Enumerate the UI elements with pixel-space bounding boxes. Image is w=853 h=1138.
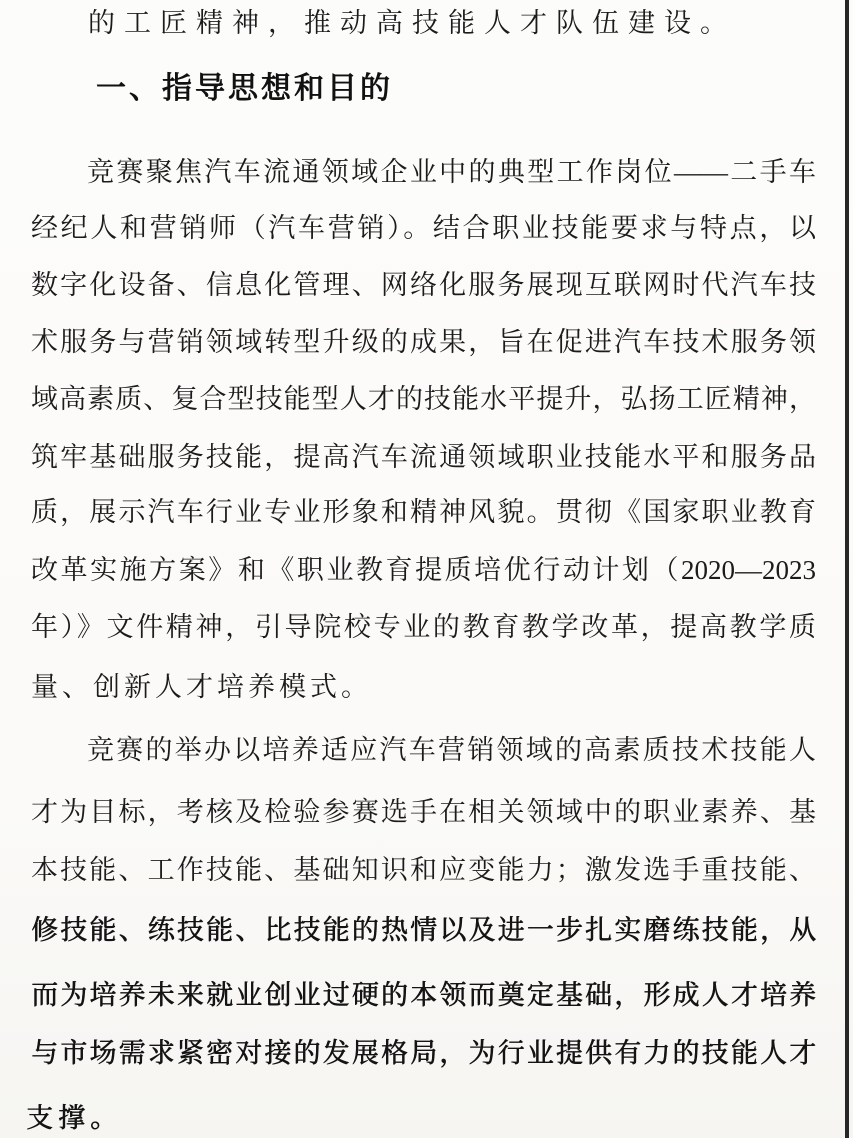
text-line: 筑牢基础服务技能，提高汽车流通领域职业技能水平和服务品 [31,436,816,478]
text-line: 质，展示汽车行业专业形象和精神风貌。贯彻《国家职业教育 [31,491,816,533]
text-line: 改革实施方案》和《职业教育提质培优行动计划（2020—2023 [31,549,816,591]
text-line: 年）》文件精神，引导院校专业的教育教学改革，提高教学质 [31,606,816,648]
text-line-intro: 的工匠精神，推动高技能人才队伍建设。 [88,2,828,44]
text-line: 数字化设备、信息化管理、网络化服务展现互联网时代汽车技 [31,264,816,306]
text-line: 本技能、工作技能、基础知识和应变能力；激发选手重技能、 [31,849,816,891]
document-page: 的工匠精神，推动高技能人才队伍建设。 一、指导思想和目的 竞赛聚焦汽车流通领域企… [0,0,853,1138]
text-line: 术服务与营销领域转型升级的成果，旨在促进汽车技术服务领 [31,321,816,363]
text-line: 量、创新人才培养模式。 [31,666,816,708]
text-line: 竞赛聚焦汽车流通领域企业中的典型工作岗位——二手车 [31,151,816,193]
page-border-line [845,0,849,1138]
section-heading: 一、指导思想和目的 [96,68,836,110]
text-line: 竞赛的举办以培养适应汽车营销领域的高素质技术技能人 [31,729,816,771]
text-line: 域高素质、复合型技能型人才的技能水平提升，弘扬工匠精神， [31,378,816,420]
text-line: 支撑。 [26,1097,811,1138]
text-line: 而为培养未来就业创业过硬的本领而奠定基础，形成人才培养 [31,974,816,1016]
text-line: 修技能、练技能、比技能的热情以及进一步扎实磨练技能，从 [31,909,816,951]
text-line: 才为目标，考核及检验参赛选手在相关领域中的职业素养、基 [31,791,816,833]
text-line: 与市场需求紧密对接的发展格局，为行业提供有力的技能人才 [31,1032,816,1074]
text-line: 经纪人和营销师（汽车营销）。结合职业技能要求与特点，以 [31,207,816,249]
